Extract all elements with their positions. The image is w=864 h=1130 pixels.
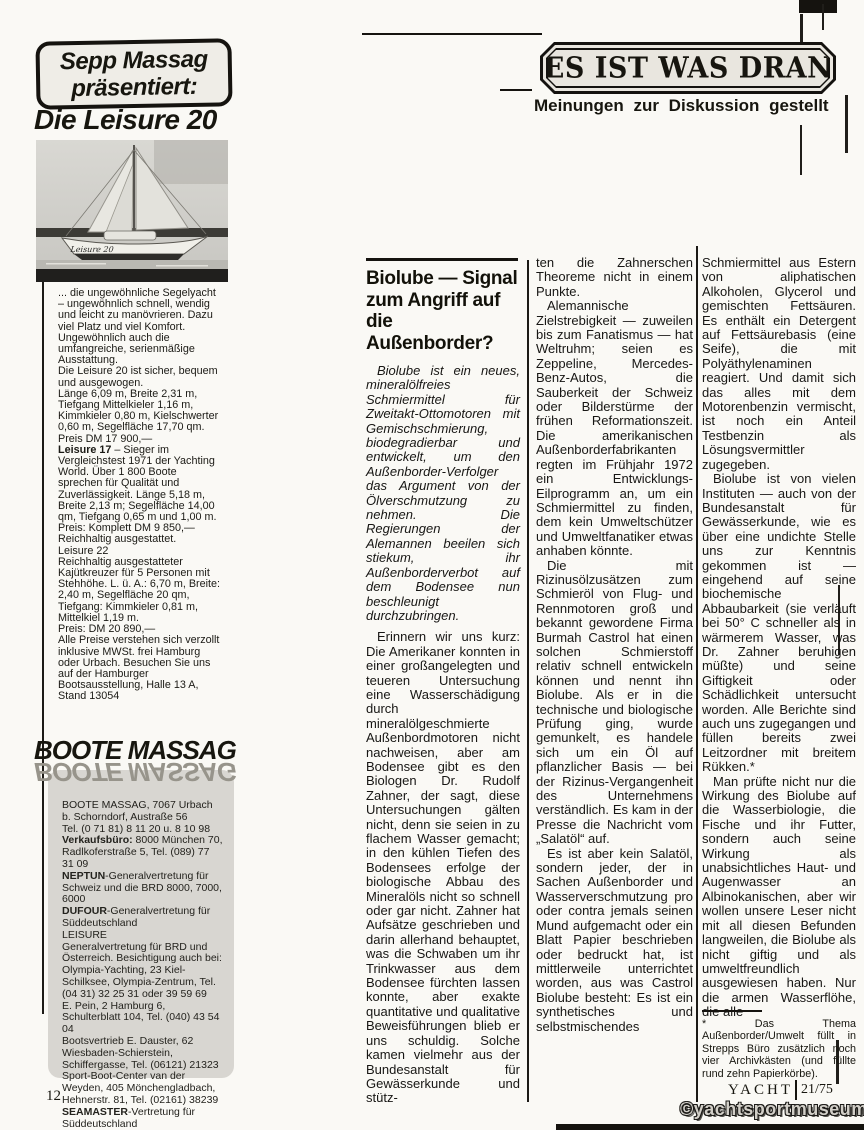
article-footnote: * Das Thema Außenborder/Umwelt füllt in … — [702, 1010, 856, 1080]
ad-address-line: Bootsvertrieb E. Dauster, 62 Wiesbaden-S… — [62, 1036, 224, 1071]
issue-number: 21/75 — [801, 1082, 833, 1098]
column-divider-1 — [527, 260, 529, 1102]
banner-face: ES IST WAS DRAN — [548, 50, 828, 86]
article-column-3: Schmiermittel aus Estern von aliphatisch… — [702, 256, 856, 1020]
ad-header-line2: präsentiert: — [40, 72, 228, 102]
magazine-credit: YACHT 21/75 — [728, 1080, 833, 1100]
ad-copy: ... die ungewöhnliche Segelyacht – ungew… — [58, 288, 221, 703]
article-paragraph: Die mit Rizinusölzusätzen zum Schmieröl … — [536, 559, 693, 847]
article-paragraph: Alemannische Zielstrebigkeit — zuweilen … — [536, 299, 693, 558]
headline-rule — [366, 258, 518, 261]
section-banner: ES IST WAS DRAN — [540, 42, 836, 94]
article-paragraph: Man prüfte nicht nur die Wirkung des Bio… — [702, 775, 856, 1020]
ad-header-line1: Sepp Massag — [40, 45, 228, 75]
column-divider-2 — [696, 246, 698, 1102]
article-paragraph: Biolube ist ein neues, mineralölfreies S… — [366, 364, 520, 623]
ad-address-line: BOOTE MASSAG, 7067 Urbach b. Schorndorf,… — [62, 800, 224, 824]
scan-artifact — [800, 125, 802, 175]
ad-paragraph: Leisure 17 – Sieger im Vergleichstest 19… — [58, 445, 221, 523]
ad-address-line: E. Pein, 2 Hamburg 6, Schulterblatt 104,… — [62, 1001, 224, 1036]
boat-name-label: Leisure 20 — [69, 245, 114, 254]
banner-title: ES IST WAS DRAN — [544, 51, 833, 84]
ad-address-line: Generalvertretung für BRD und Österreich… — [62, 942, 224, 1001]
scan-artifact — [799, 0, 837, 13]
ad-header-box: Sepp Massag präsentiert: — [35, 38, 232, 109]
ad-product-title: Die Leisure 20 — [34, 104, 236, 136]
ad-address-line: Sport-Boot-Center van der Weyden, 405 Mö… — [62, 1071, 224, 1106]
ad-paragraph: Reichhaltig ausgestatteter Kajütkreuzer … — [58, 557, 221, 624]
article-column-2: ten die Zahnerschen Theoreme nicht in ei… — [536, 256, 693, 1034]
ad-address-line: SEAMASTER-Vertretung für Süddeutschland — [62, 1107, 224, 1130]
article-paragraph: ten die Zahnerschen Theoreme nicht in ei… — [536, 256, 693, 299]
ad-address-box: BOOTE MASSAG, 7067 Urbach b. Schorndorf,… — [48, 770, 234, 1078]
ad-left-rule — [42, 250, 44, 1014]
credit-divider — [795, 1080, 797, 1100]
article-paragraph: Biolube ist von vielen Instituten — auch… — [702, 472, 856, 775]
ad-paragraph: Alle Preise verstehen sich verzollt inkl… — [58, 635, 221, 702]
article-headline: Biolube — Signal zum Angriff auf die Auß… — [366, 268, 520, 354]
ad-address-line: Verkaufsbüro: 8000 München 70, Radlkofer… — [62, 835, 224, 870]
watermark: ©yachtsportmuseum.de — [680, 1099, 864, 1120]
water-streak — [156, 265, 208, 267]
photo-bottom-band — [36, 269, 228, 282]
scan-artifact — [845, 95, 848, 153]
ad-paragraph: ... die ungewöhnliche Segelyacht – ungew… — [58, 288, 221, 366]
hull-shadow — [74, 254, 184, 260]
cabin — [104, 231, 156, 240]
article-paragraph: Erinnern wir uns kurz: Die Amerikaner ko… — [366, 630, 520, 1105]
scan-bottom-bar — [556, 1124, 864, 1130]
column-1-text: Biolube ist ein neues, mineralölfreies S… — [366, 364, 520, 1106]
ad-paragraph: Die Leisure 20 ist sicher, bequem und au… — [58, 366, 221, 388]
ad-paragraph: Länge 6,09 m, Breite 2,31 m, Tiefgang Mi… — [58, 389, 221, 434]
article-column-1: Biolube — Signal zum Angriff auf die Auß… — [366, 258, 520, 1106]
header-rule-small — [500, 89, 532, 91]
ad-address-line: NEPTUN-Generalvertretung für Schweiz und… — [62, 871, 224, 906]
brand-wordmark-reflection: BOOTE MASSAG — [34, 760, 238, 784]
article-paragraph: Es ist aber kein Salatöl, sondern jeder,… — [536, 847, 693, 1034]
section-subtitle: Meinungen zur Diskussion gestellt — [534, 96, 836, 116]
boat-photo: Leisure 20 — [36, 140, 228, 282]
footnote-text: * Das Thema Außenborder/Umwelt füllt in … — [702, 1018, 856, 1080]
scan-artifact — [822, 4, 824, 30]
cloud-shadow — [154, 140, 228, 184]
magazine-name: YACHT — [728, 1082, 793, 1099]
footnote-rule — [702, 1010, 762, 1012]
brand-boote-massag: BOOTE MASSAG BOOTE MASSAG — [34, 738, 238, 784]
magazine-page: Sepp Massag präsentiert: Die Leisure 20 — [0, 0, 864, 1130]
ad-address-line: DUFOUR-Generalvertretung für Süddeutschl… — [62, 906, 224, 930]
header-rule-left — [362, 33, 542, 35]
article-paragraph: Schmiermittel aus Estern von aliphatisch… — [702, 256, 856, 472]
sailboat-photo-illustration: Leisure 20 — [36, 140, 228, 282]
water-streak — [46, 263, 106, 265]
page-number: 12 — [46, 1088, 61, 1105]
